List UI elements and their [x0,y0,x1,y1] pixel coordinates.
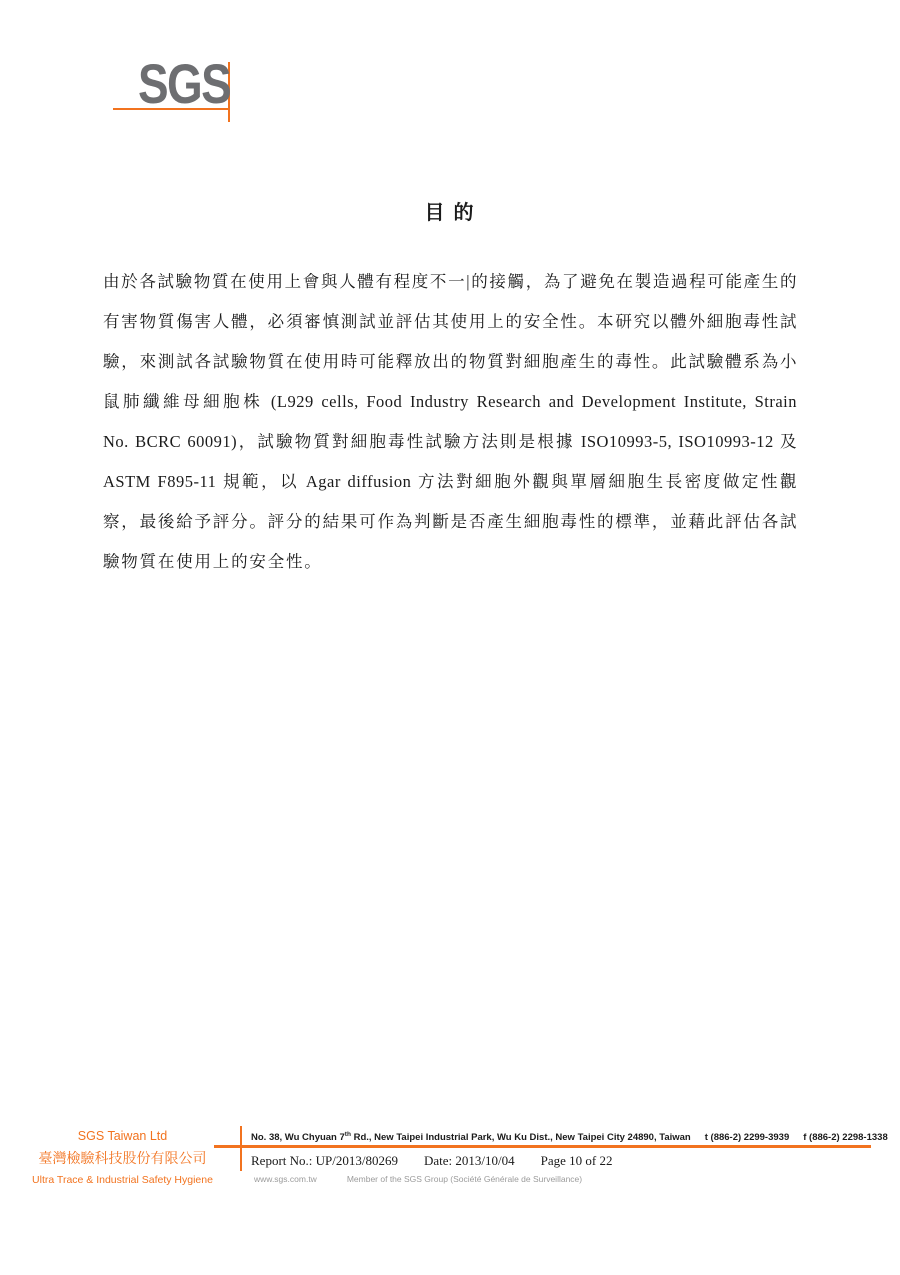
body-line: ASTM F895-11 規範，以 Agar diffusion 方法對細胞外觀… [103,462,797,502]
footer-company-name-zh: 臺灣檢驗科技股份有限公司 [25,1147,220,1170]
body-line: 由於各試驗物質在使用上會與人體有程度不一|的接觸，為了避免在製造過程可能產生的 [103,262,797,302]
body-line: 有害物質傷害人體，必須審慎測試並評估其使用上的安全性。本研究以體外細胞毒性試 [103,302,797,342]
sgs-logo: SGS [110,58,240,128]
footer-division-name: Ultra Trace & Industrial Safety Hygiene [25,1170,220,1191]
report-number: Report No.: UP/2013/80269 [251,1153,398,1168]
footer-company-block: SGS Taiwan Ltd 臺灣檢驗科技股份有限公司 Ultra Trace … [25,1126,220,1191]
sgs-logo-text: SGS [138,60,230,108]
report-page: SGS 目 的 由於各試驗物質在使用上會與人體有程度不一|的接觸，為了避免在製造… [0,0,900,1275]
body-line: 鼠肺纖維母細胞株 (L929 cells, Food Industry Rese… [103,382,797,422]
body-line: 驗物質在使用上的安全性。 [103,542,797,582]
body-line: 驗，來測試各試驗物質在使用時可能釋放出的物質對細胞產生的毒性。此試驗體系為小 [103,342,797,382]
body-line: 察，最後給予評分。評分的結果可作為判斷是否產生細胞毒性的標準，並藉此評估各試 [103,502,797,542]
footer-address-rest: Rd., New Taipei Industrial Park, Wu Ku D… [351,1132,691,1143]
footer-vertical-line [240,1126,242,1171]
footer-address: No. 38, Wu Chyuan 7 [251,1132,345,1143]
page-indicator: Page 10 of 22 [541,1153,613,1168]
body-paragraph: 由於各試驗物質在使用上會與人體有程度不一|的接觸，為了避免在製造過程可能產生的 … [103,262,797,582]
footer-fax: f (886-2) 2298-1338 [803,1132,888,1143]
footer-horizontal-line [214,1145,871,1148]
body-line: No. BCRC 60091)，試驗物質對細胞毒性試驗方法則是根據 ISO109… [103,422,797,462]
section-title: 目 的 [0,196,900,225]
footer-report-line: Report No.: UP/2013/80269Date: 2013/10/0… [251,1152,871,1169]
footer-address-line: No. 38, Wu Chyuan 7th Rd., New Taipei In… [251,1128,871,1144]
sgs-member-note: Member of the SGS Group (Société Général… [347,1174,582,1184]
website-url: www.sgs.com.tw [254,1174,317,1184]
footer-company-name-en: SGS Taiwan Ltd [25,1126,220,1147]
footer-phone: t (886-2) 2299-3939 [705,1132,790,1143]
report-date: Date: 2013/10/04 [424,1153,515,1168]
footer-website-line: www.sgs.com.twMember of the SGS Group (S… [254,1173,874,1185]
